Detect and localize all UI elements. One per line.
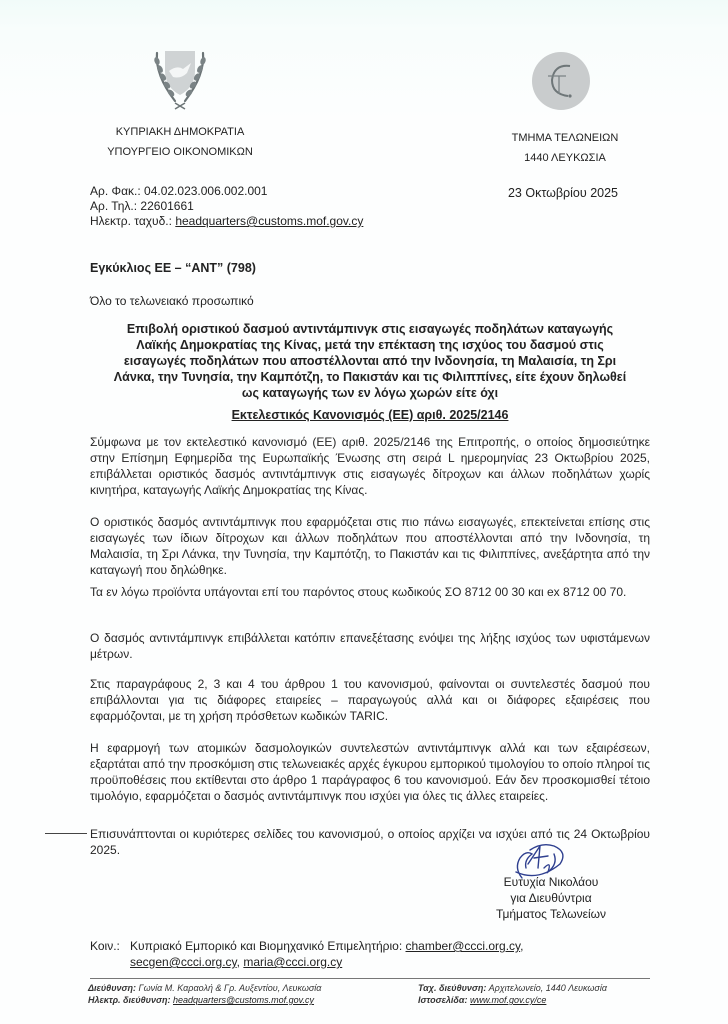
cc-label: Κοιν.: [90,938,130,954]
cc-email-link[interactable]: secgen@ccci.org.cy [130,955,237,969]
phone-label: Αρ. Τηλ.: [90,199,137,213]
department-heading: ΤΜΗΜΑ ΤΕΛΩΝΕΙΩΝ 1440 ΛΕΥΚΩΣΙΑ [490,128,640,168]
body-paragraph: Σύμφωνα με τον εκτελεστικό κανονισμό (ΕΕ… [90,434,650,498]
signer-name: Ευτυχία Νικολάου [480,874,680,890]
footer-postal-label: Ταχ. διεύθυνση: [418,983,486,993]
file-ref-value: 04.02.023.006.002.001 [144,184,267,198]
subject-line: εισαγωγές ποδηλάτων που αποστέλλονται απ… [90,353,650,369]
cc-recipient: Κυπριακό Εμπορικό και Βιομηχανικό Επιμελ… [130,939,402,953]
body-paragraph: Ο δασμός αντιντάμπινγκ επιβάλλεται κατόπ… [90,630,650,662]
subject-heading: Επιβολή οριστικού δασμού αντιντάμπινγκ σ… [90,321,650,401]
footer-address-label: Διεύθυνση: [88,983,136,993]
signer-department: Τμήματος Τελωνείων [480,906,680,922]
signer-role: για Διευθύντρια [480,890,680,906]
ministry-heading: ΚΥΠΡΙΑΚΗ ΔΗΜΟΚΡΑΤΙΑ ΥΠΟΥΡΓΕΙΟ ΟΙΚΟΝΟΜΙΚΩ… [100,122,260,162]
republic-name: ΚΥΠΡΙΑΚΗ ΔΗΜΟΚΡΑΤΙΑ [100,122,260,142]
file-reference: Αρ. Φακ.: 04.02.023.006.002.001 [90,184,363,199]
footer-contact-right: Ταχ. διεύθυνση: Αρχιτελωνείο, 1440 Λευκω… [418,982,607,1006]
margin-mark [45,833,87,834]
reference-block: Αρ. Φακ.: 04.02.023.006.002.001 Αρ. Τηλ.… [90,184,363,229]
cyprus-coat-of-arms-icon [147,45,213,111]
footer-email-label: Ηλεκτρ. διεύθυνση: [88,995,170,1005]
footer-email-link[interactable]: headquarters@customs.mof.gov.cy [173,995,314,1005]
email-link[interactable]: headquarters@customs.mof.gov.cy [175,214,363,228]
cc-email-link[interactable]: chamber@ccci.org.cy [406,939,521,953]
customs-department-logo-icon [532,52,590,110]
cc-email-link[interactable]: maria@ccci.org.cy [243,955,342,969]
cc-block: Κοιν.:Κυπριακό Εμπορικό και Βιομηχανικό … [90,938,524,970]
body-paragraph: Τα εν λόγω προϊόντα υπάγονται επί του πα… [90,584,650,600]
phone-value: 22601661 [140,199,193,213]
body-paragraph: Ο οριστικός δασμός αντιντάμπινγκ που εφα… [90,514,650,578]
circular-id: Εγκύκλιος ΕΕ – “ANT” (798) [90,261,256,275]
footer-address: Γωνία Μ. Καραολή & Γρ. Αυξεντίου, Λευκωσ… [139,983,322,993]
email-reference: Ηλεκτρ. ταχυδ.: headquarters@customs.mof… [90,214,363,229]
subject-line: Επιβολή οριστικού δασμού αντιντάμπινγκ σ… [90,321,650,337]
body-paragraph: Η εφαρμογή των ατομικών δασμολογικών συν… [90,740,650,804]
file-ref-label: Αρ. Φακ.: [90,184,141,198]
signer-block: Ευτυχία Νικολάου για Διευθύντρια Τμήματο… [480,874,680,922]
body-paragraph: Στις παραγράφους 2, 3 και 4 του άρθρου 1… [90,676,650,724]
subject-line: Λαϊκής Δημοκρατίας της Κίνας, μετά την ε… [90,337,650,353]
email-label: Ηλεκτρ. ταχυδ.: [90,214,172,228]
footer-website-link[interactable]: www.mof.gov.cy/ce [470,995,546,1005]
document-date: 23 Οκτωβρίου 2025 [478,186,648,200]
department-name: ΤΜΗΜΑ ΤΕΛΩΝΕΙΩΝ [490,128,640,148]
phone-reference: Αρ. Τηλ.: 22601661 [90,199,363,214]
ministry-name: ΥΠΟΥΡΓΕΙΟ ΟΙΚΟΝΟΜΙΚΩΝ [100,142,260,162]
department-city: 1440 ΛΕΥΚΩΣΙΑ [490,148,640,168]
regulation-title: Εκτελεστικός Κανονισμός (ΕΕ) αριθ. 2025/… [90,408,650,422]
subject-line: ως καταγωγής των εν λόγω χωρών είτε όχι [90,385,650,401]
subject-line: Λάνκα, την Τυνησία, την Καμπότζη, το Πακ… [90,369,650,385]
footer-divider [90,978,650,979]
footer-postal: Αρχιτελωνείο, 1440 Λευκωσία [489,983,607,993]
footer-website-label: Ιστοσελίδα: [418,995,468,1005]
audience-line: Όλο το τελωνειακό προσωπικό [90,294,254,308]
footer-contact-left: Διεύθυνση: Γωνία Μ. Καραολή & Γρ. Αυξεντ… [88,982,321,1006]
